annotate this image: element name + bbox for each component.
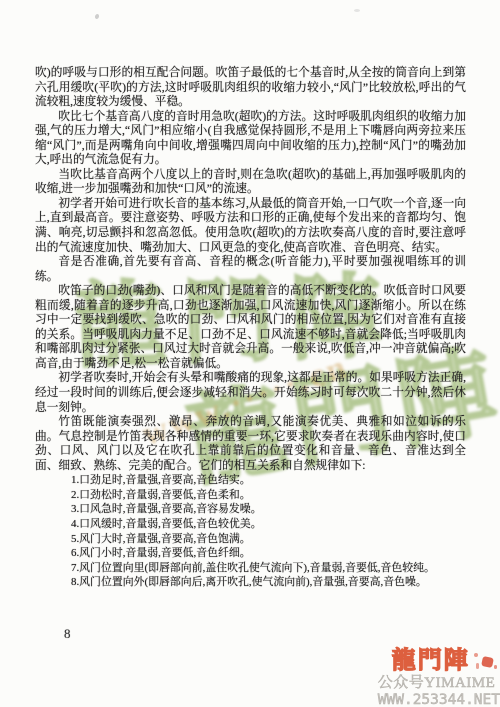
list-item: 1.口劲足时,音量强,音要高,音色结实。 (71, 473, 466, 488)
paragraph: 吹笛子的口劲(嘴劲)、口风和风门是随着音的高低不断变化的。吹低音时口风要粗而缓,… (35, 284, 466, 371)
stamp-url-text: WWW.253344.NET (378, 693, 500, 707)
paragraph: 吹比七个基音高八度的音时用急吹(超吹)的方法。这时呼吸肌肉组织的收缩力加强,气的… (35, 110, 466, 168)
paragraph: 当吹比基音高两个八度以上的音时,则在急吹(超吹)的基础上,再加强呼吸肌肉的收缩,… (35, 168, 466, 197)
list-item: 6.风门小时,音量弱,音要低,音色纤细。 (71, 546, 466, 561)
scan-speck (94, 13, 99, 19)
list-item: 8.风门位置向外(即唇部向后,离开吹孔,使气流向前),音量强,音要高,音色噪。 (71, 575, 466, 590)
list-item: 3.口风急时,音量强,音要高,音容易发噪。 (71, 502, 466, 517)
list-item: 2.口劲松时,音量弱,音要低,音色柔和。 (71, 488, 466, 503)
list-item: 7.风门位置向里(即唇部向前,盖住吹孔使气流向下),音量弱,音要低,音色较纯。 (71, 561, 466, 576)
scanned-book-page: 龍門陣 龍門陣 www.·····.cn 吹)的呼吸与口形的相互配合问题。吹笛子… (0, 0, 500, 707)
site-stamp-block: 龍門陣 公众号YIMAIME WWW.253344.NET (378, 649, 500, 707)
list-item: 4.口风缓时,音量弱,音要低,音色较优美。 (71, 517, 466, 532)
numbered-list: 1.口劲足时,音量强,音要高,音色结实。 2.口劲松时,音量弱,音要低,音色柔和… (35, 473, 466, 589)
stamp-account-text: 公众号YIMAIME (378, 676, 500, 691)
paragraph: 初学者吹奏时,开始会有头晕和嘴酸痛的现象,这都是正常的。如果呼吸方法正确,经过一… (35, 371, 466, 415)
paragraph: 初学者开始可进行吹长音的基本练习,从最低的筒音开始,一口气吹一个音,逐一向上,直… (35, 197, 466, 255)
page-number: 8 (64, 626, 71, 642)
paragraph: 音是否准确,首先要有音高、音程的概念(听音能力),平时要加强视唱练耳的训练。 (35, 255, 466, 284)
body-text: 吹)的呼吸与口形的相互配合问题。吹笛子最低的七个基音时,从全按的筒音向上到第六孔… (35, 66, 466, 590)
list-item: 5.风门大时,音量强,音要高,音色饱满。 (71, 532, 466, 547)
red-seal-icon (472, 651, 498, 673)
stamp-logo-text: 龍門陣 (392, 649, 470, 673)
scan-speck (354, 9, 360, 12)
paragraph: 竹笛既能演奏强烈、激昂、奔放的音调,又能演奏优美、典雅和如泣如诉的乐曲。气息控制… (35, 415, 466, 473)
paragraph: 吹)的呼吸与口形的相互配合问题。吹笛子最低的七个基音时,从全按的筒音向上到第六孔… (35, 66, 466, 110)
